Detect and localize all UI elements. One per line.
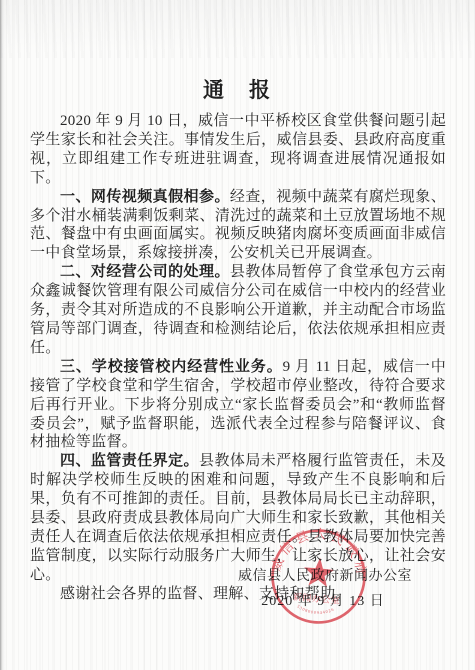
- paragraph-text: 县教体局未严格履行监管责任，未及时解决学校师生反映的困难和问题，导致产生不良影响…: [30, 453, 446, 582]
- scanned-document-page: { "document": { "title": "通 报", "paragra…: [0, 0, 475, 670]
- paragraph: 二、对经营公司的处理。县教体局暂停了食堂承包方云南众鑫诚餐饮管理有限公司威信分公…: [30, 263, 446, 358]
- document-body: 2020 年 9 月 10 日，威信一中平桥校区食堂供餐问题引起学生家长和社会关…: [30, 112, 446, 604]
- paragraph-lead: 二、对经营公司的处理。: [60, 264, 230, 280]
- notice-document: 通 报 2020 年 9 月 10 日，威信一中平桥校区食堂供餐问题引起学生家长…: [0, 0, 475, 670]
- paragraph: 三、学校接管校内经营性业务。9 月 11 日起，威信一中接管了学校食堂和学生宿舍…: [30, 358, 446, 453]
- document-title: 通 报: [0, 0, 475, 104]
- paragraph: 一、网传视频真假相参。经查，视频中蔬菜有腐烂现象、多个泔水桶装满剩饭剩菜、清洗过…: [30, 188, 446, 264]
- paragraph-text: 2020 年 9 月 10 日，威信一中平桥校区食堂供餐问题引起学生家长和社会关…: [30, 113, 446, 186]
- issue-date: 2020 年 9 月 13 日: [238, 590, 408, 610]
- paragraph-lead: 一、网传视频真假相参。: [60, 189, 230, 205]
- paragraph: 2020 年 9 月 10 日，威信一中平桥校区食堂供餐问题引起学生家长和社会关…: [30, 112, 446, 188]
- paragraph-lead: 四、监管责任界定。: [60, 453, 199, 469]
- paragraph-lead: 三、学校接管校内经营性业务。: [60, 359, 283, 375]
- signature-block: 威信县人民政府新闻办公室 2020 年 9 月 13 日: [238, 565, 408, 610]
- issuing-office: 威信县人民政府新闻办公室: [238, 565, 408, 585]
